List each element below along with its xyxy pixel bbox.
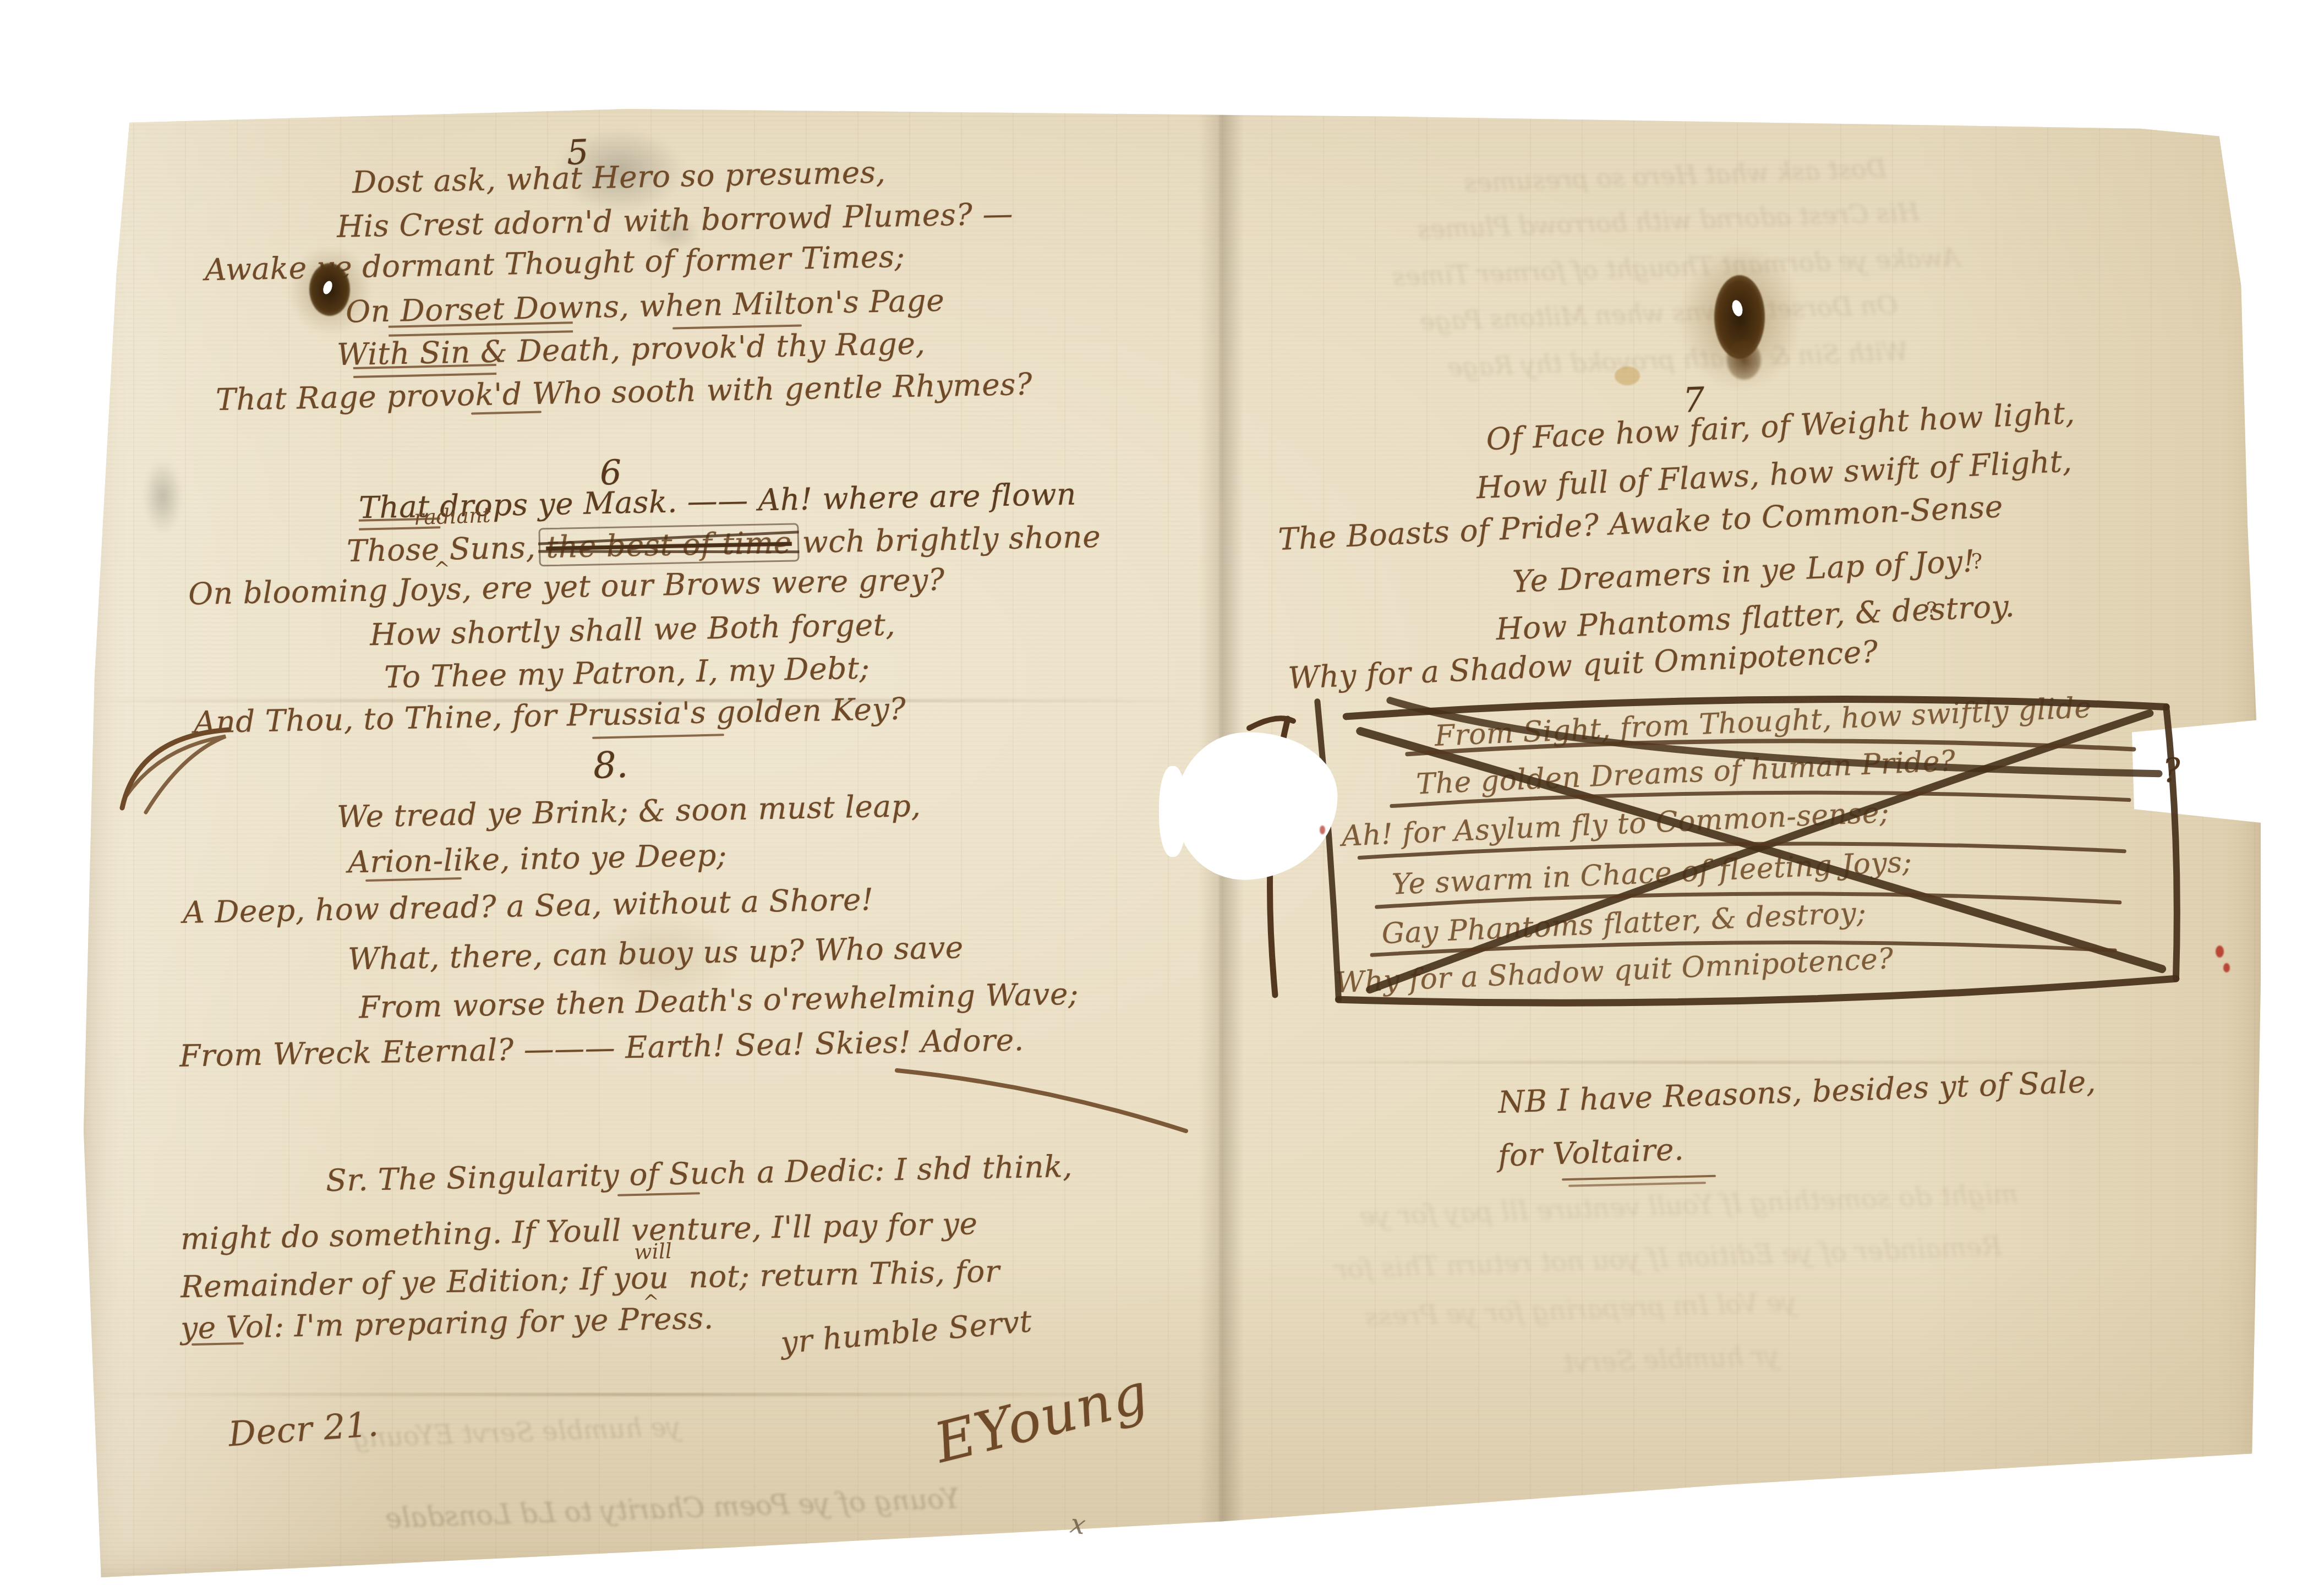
- inserted-question-mark: ?: [1926, 598, 1938, 622]
- crossed-out-stanza: From Sight, from Thought, how swiftly gl…: [1307, 671, 2220, 1015]
- crossed-out-words: the best of time: [539, 523, 800, 566]
- ink-underline: [359, 517, 440, 530]
- verse-line: Arion-like, into ye Deep;: [347, 837, 727, 879]
- inserted-question-mark: ?: [1971, 549, 1983, 574]
- wax-trace: [1320, 826, 1325, 834]
- wax-trace: [2223, 963, 2230, 972]
- stain-freckle: [1615, 367, 1640, 385]
- prose-fragment: not; return This, for: [688, 1254, 1000, 1295]
- pen-flourish: [889, 1062, 1202, 1145]
- stanza-number-8: 8.: [593, 744, 629, 787]
- burn-hole-lobe: [1727, 340, 1761, 380]
- horizontal-crease: [1229, 1061, 2236, 1064]
- torn-hole: [1159, 766, 1186, 857]
- interlinear-insertion: will: [633, 1239, 672, 1264]
- wax-trace: [2216, 945, 2224, 958]
- verse-fragment: wch brightly shone: [802, 519, 1101, 560]
- postscript-line: for Voltaire.: [1497, 1132, 1685, 1173]
- deletion-box-strokes: [1307, 671, 2220, 1015]
- manuscript-scan: Dost ask what Hero so presumes His Crest…: [0, 0, 2324, 1585]
- ink-smudge: [143, 460, 183, 534]
